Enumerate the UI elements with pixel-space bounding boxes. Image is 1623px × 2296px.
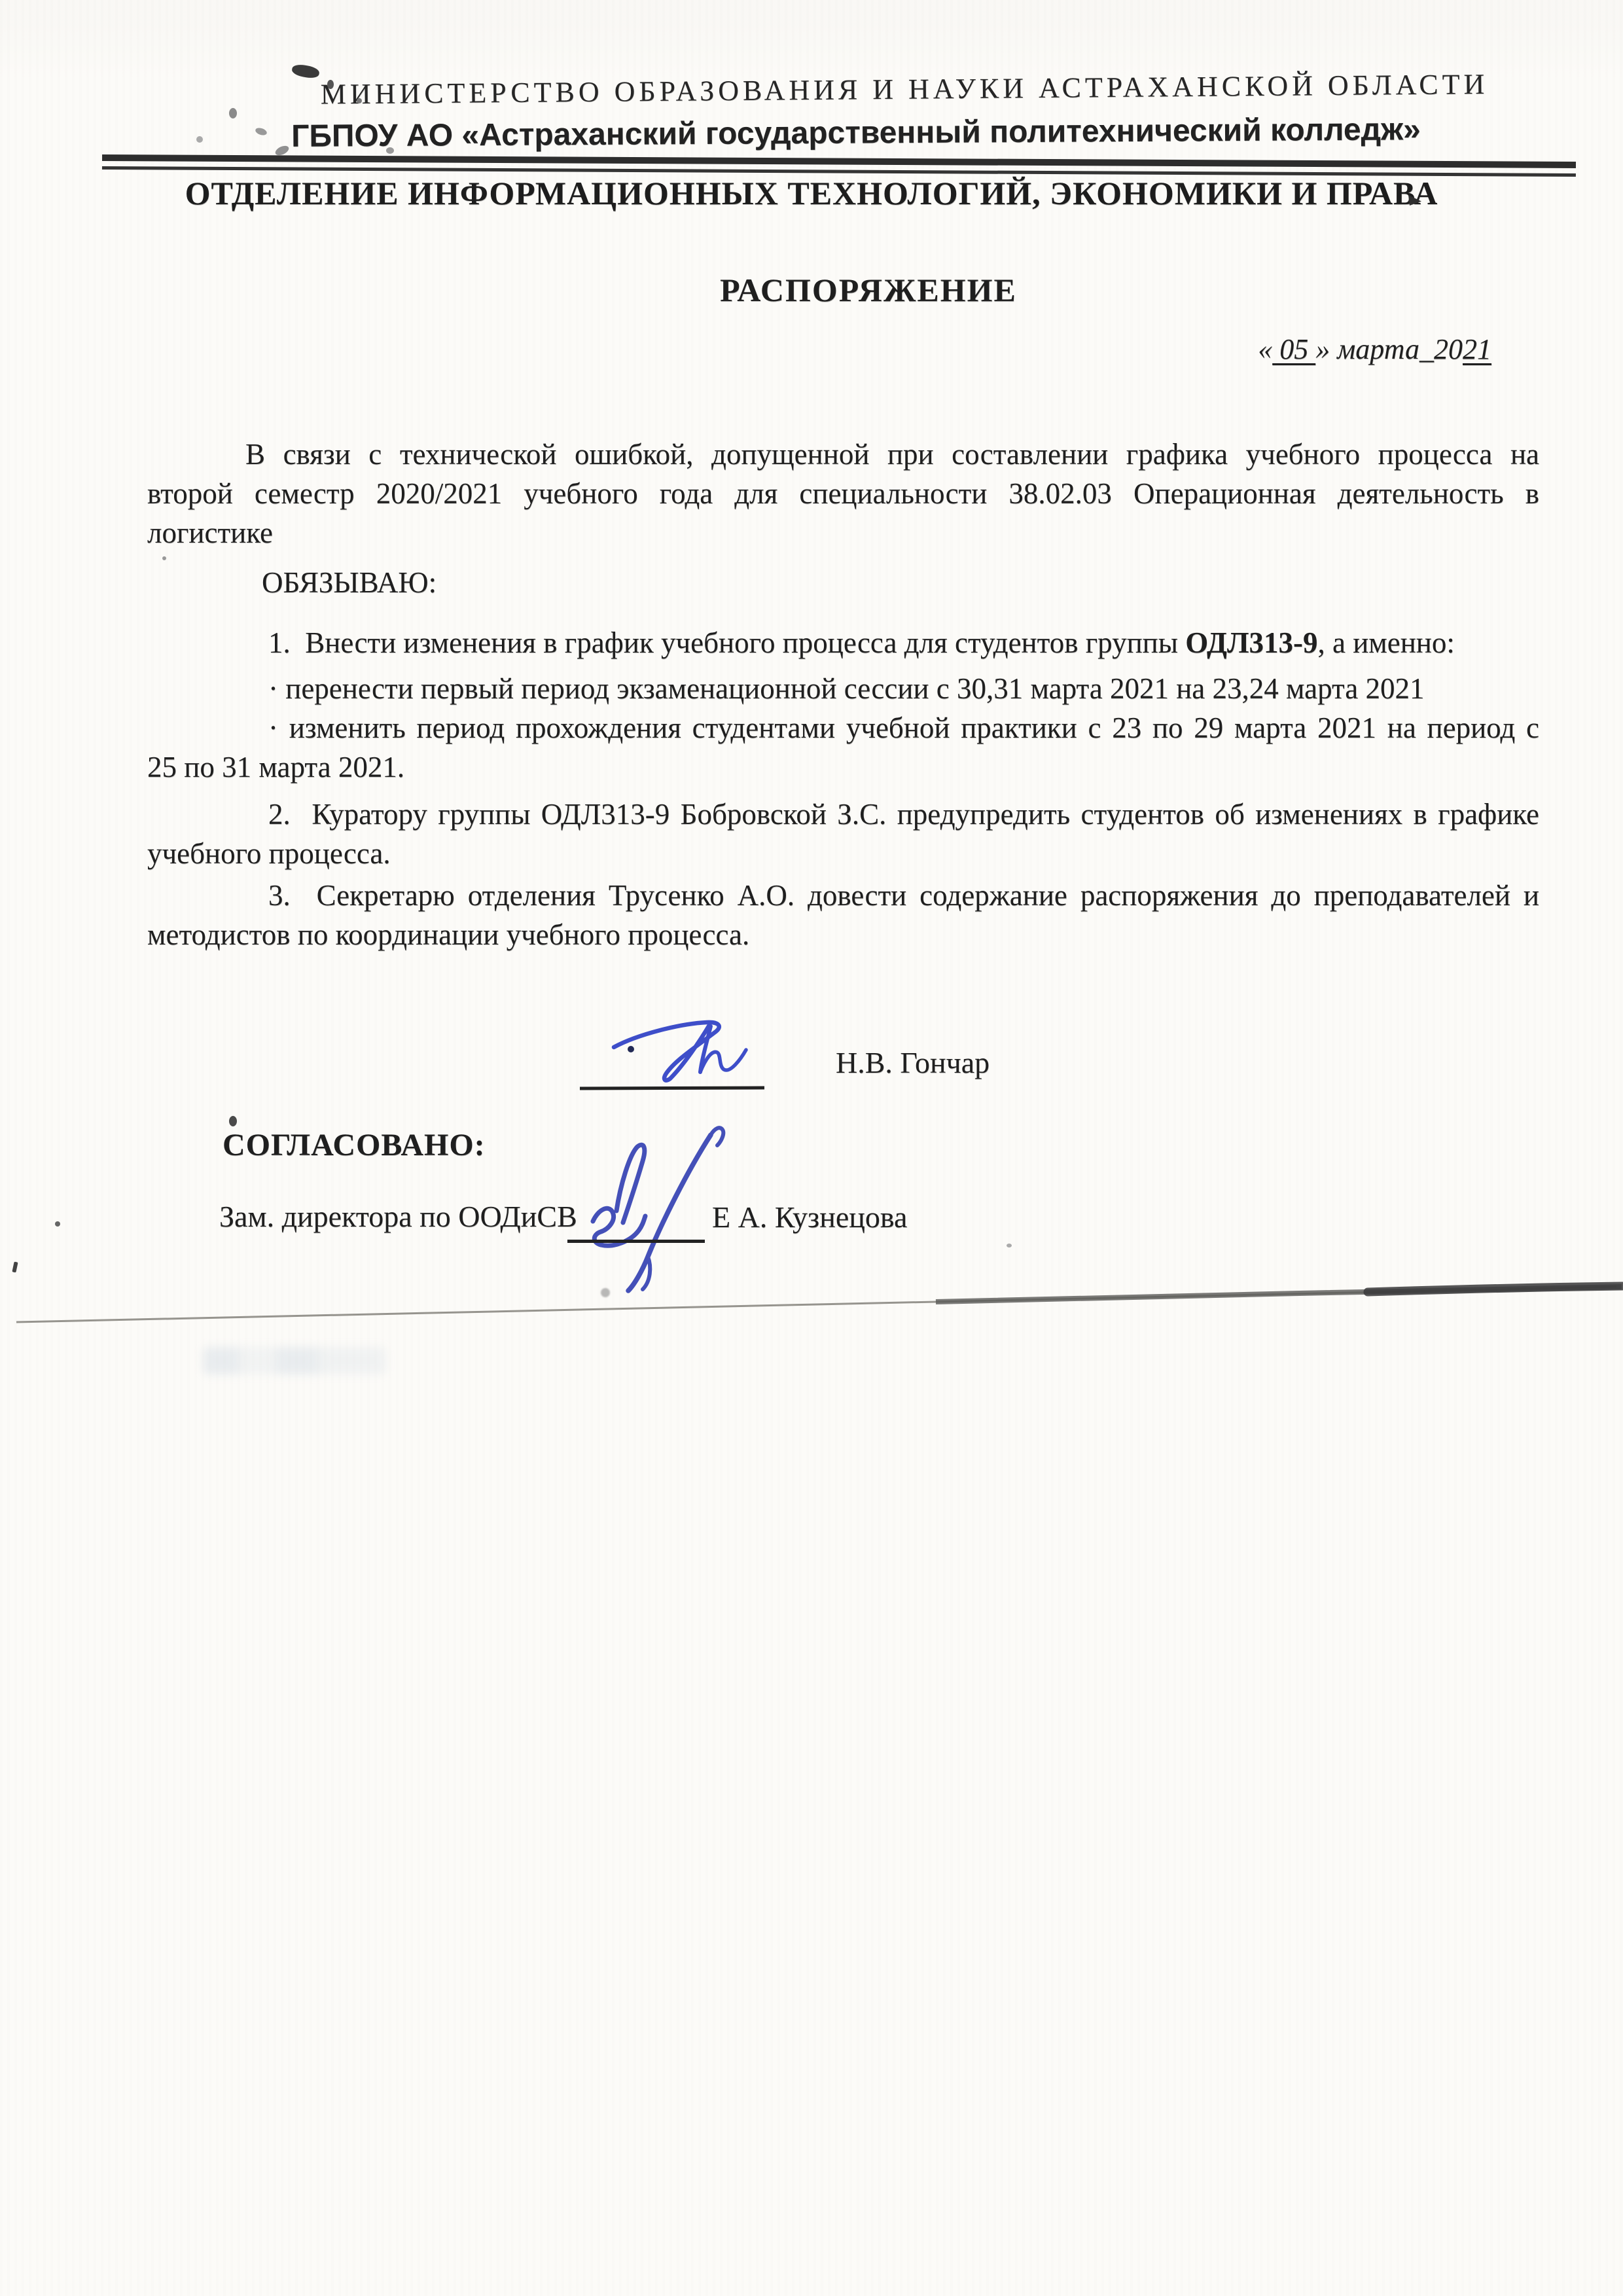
body-line: второй семестр 2020/2021 учебного года д… xyxy=(147,474,1539,513)
header-double-rule xyxy=(102,154,1576,177)
approver-signature-line xyxy=(567,1240,705,1243)
body-line-text: В связи с технической ошибкой, допущенно… xyxy=(245,438,1539,471)
body-line-text: методистов по координации учебного проце… xyxy=(147,918,749,951)
body-line-text: 25 по 31 марта 2021. xyxy=(147,751,404,783)
scan-speck xyxy=(196,136,203,143)
body-line-text: · изменить период прохождения студентами… xyxy=(268,711,1539,744)
scan-speck xyxy=(229,1116,237,1126)
body-line-text: 1. Внести изменения в график учебного пр… xyxy=(268,626,1185,659)
list-item-2: 2. Куратору группы ОДЛ313-9 Бобровской З… xyxy=(147,795,1539,834)
group-code-bold: ОДЛ313-9 xyxy=(1185,626,1317,659)
date-year-head: 20 xyxy=(1434,333,1463,365)
document-title: РАСПОРЯЖЕНИЕ xyxy=(0,271,1623,309)
body-line-text: ОБЯЗЫВАЮ: xyxy=(262,566,437,599)
body-line-text: второй семестр 2020/2021 учебного года д… xyxy=(147,477,1539,510)
approver-role: Зам. директора по ООДиСВ xyxy=(219,1199,577,1234)
scan-speck xyxy=(386,147,394,154)
date-underscore: _ xyxy=(1419,333,1434,365)
scan-speck xyxy=(55,1221,60,1227)
college-name: ГБПОУ АО «Астраханский государственный п… xyxy=(0,110,1623,156)
approver-name: Е А. Кузнецова xyxy=(712,1200,907,1234)
body-line-text: учебного процесса. xyxy=(147,837,391,870)
body-line-text: 2. Куратору группы ОДЛ313-9 Бобровской З… xyxy=(268,798,1539,831)
body-line-text: логистике xyxy=(147,516,273,549)
list-item-2-continuation: учебного процесса. xyxy=(147,834,1539,873)
director-signature-line xyxy=(580,1086,764,1090)
bullet-line: · перенести первый период экзаменационно… xyxy=(147,669,1539,708)
gonchar-signature-ink xyxy=(602,1016,753,1089)
scan-speck xyxy=(601,1288,610,1297)
list-item-3-continuation: методистов по координации учебного проце… xyxy=(147,915,1539,954)
scanned-document-page: МИНИСТЕРСТВО ОБРАЗОВАНИЯ И НАУКИ АСТРАХА… xyxy=(0,0,1623,2296)
scan-speck xyxy=(229,108,237,118)
document-body: В связи с технической ошибкой, допущенно… xyxy=(147,435,1539,954)
scan-speck xyxy=(357,98,362,103)
approval-heading: СОГЛАСОВАНО: xyxy=(223,1127,486,1163)
bullet-line: · изменить период прохождения студентами… xyxy=(147,708,1539,747)
body-line-text: · перенести первый период экзаменационно… xyxy=(268,672,1425,705)
bullet-line-continuation: 25 по 31 марта 2021. xyxy=(147,747,1539,787)
list-item-1: 1. Внести изменения в график учебного пр… xyxy=(147,623,1539,662)
ghost-text-smudge xyxy=(203,1347,386,1374)
scan-fold-line xyxy=(0,1257,1623,1335)
date-year-tail: 21 xyxy=(1463,333,1491,365)
body-line: логистике xyxy=(147,513,1539,552)
body-line-text: , а именно: xyxy=(1317,626,1454,659)
ministry-header: МИНИСТЕРСТВО ОБРАЗОВАНИЯ И НАУКИ АСТРАХА… xyxy=(0,66,1623,114)
document-date: « 05 » марта_2021 xyxy=(1258,332,1491,366)
scan-speck xyxy=(162,556,166,560)
scan-speck xyxy=(291,63,320,79)
director-name: Н.В. Гончар xyxy=(836,1045,990,1080)
date-month: » марта xyxy=(1315,333,1419,365)
list-item-3: 3. Секретарю отделения Трусенко А.О. дов… xyxy=(147,876,1539,915)
date-open-quote: « xyxy=(1258,333,1272,365)
body-line-text: 3. Секретарю отделения Трусенко А.О. дов… xyxy=(268,879,1539,912)
department-header: ОТДЕЛЕНИЕ ИНФОРМАЦИОННЫХ ТЕХНОЛОГИЙ, ЭКО… xyxy=(0,174,1623,212)
scan-speck xyxy=(327,80,334,89)
body-line: В связи с технической ошибкой, допущенно… xyxy=(147,435,1539,474)
date-day: 05 xyxy=(1272,333,1315,365)
scan-speck xyxy=(1007,1244,1012,1247)
obligate-heading: ОБЯЗЫВАЮ: xyxy=(147,563,1539,602)
